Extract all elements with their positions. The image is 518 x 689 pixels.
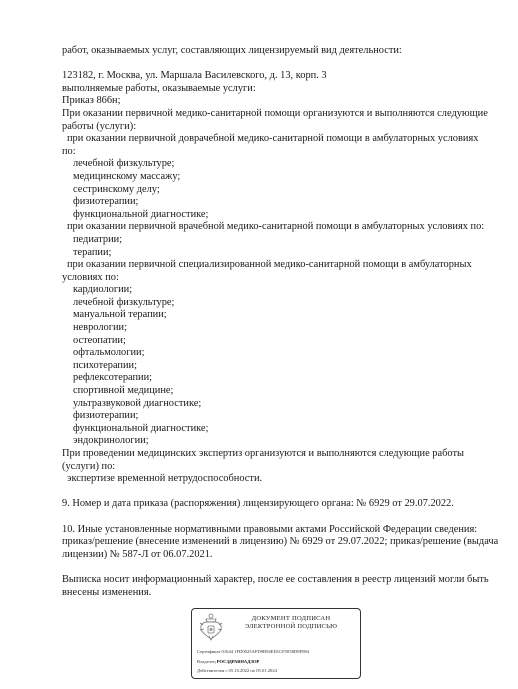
document-line: спортивной медицине; [62,385,502,398]
blank-line [62,486,502,499]
document-line: эндокринологии; [62,435,502,448]
certificate-label: Сертификат [197,649,220,654]
document-line: терапии; [62,247,502,260]
blank-line [62,561,502,574]
document-line: Выписка носит информационный характер, п… [62,574,502,587]
document-page: работ, оказываемых услуг, составляющих л… [0,0,518,689]
document-line: выполняемые работы, оказываемые услуги: [62,83,502,96]
document-line: по: [62,146,502,159]
stamp-owner: Владелец РОСЗДРАВНАДЗОР [197,657,309,667]
document-line: работ, оказываемых услуг, составляющих л… [62,45,502,58]
document-line: рефлексотерапии; [62,372,502,385]
stamp-certificate: Сертификат 01644 1FD0025AFD9B94ED1CF5058… [197,647,309,657]
document-line: ультразвуковой диагностике; [62,398,502,411]
document-line: (услуги) по: [62,461,502,474]
document-line: при оказании первичной врачебной медико-… [62,221,502,234]
document-line: при оказании первичной специализированно… [62,259,502,272]
coat-of-arms-icon [198,613,224,641]
document-line: 9. Номер и дата приказа (распоряжения) л… [62,498,502,511]
document-line: кардиологии; [62,284,502,297]
document-line: сестринскому делу; [62,184,502,197]
document-line: условиях по: [62,272,502,285]
stamp-title-line2: ЭЛЕКТРОННОЙ ПОДПИСЬЮ [226,623,356,631]
stamp-validity: Действителен с 05.10.2022 по 05.01.2024 [197,666,309,676]
document-line: медицинскому массажу; [62,171,502,184]
certificate-value: 01644 1FD0025AFD9B94ED1CF5058D8F084 [222,649,309,654]
document-line: приказ/решение (внесение изменений в лиц… [62,536,502,549]
document-line: неврологии; [62,322,502,335]
document-line: остеопатии; [62,335,502,348]
document-line: работы (услуги): [62,121,502,134]
blank-line [62,511,502,524]
stamp-meta: Сертификат 01644 1FD0025AFD9B94ED1CF5058… [197,647,309,676]
document-line: внесены изменения. [62,587,502,600]
document-line: психотерапии; [62,360,502,373]
owner-label: Владелец [197,659,216,664]
document-body: работ, оказываемых услуг, составляющих л… [62,45,502,599]
owner-value: РОСЗДРАВНАДЗОР [217,659,260,664]
blank-line [62,58,502,71]
document-line: лицензии) № 587-Л от 06.07.2021. [62,549,502,562]
document-line: При оказании первичной медико-санитарной… [62,108,502,121]
electronic-signature-stamp: ДОКУМЕНТ ПОДПИСАН ЭЛЕКТРОННОЙ ПОДПИСЬЮ С… [191,608,361,679]
document-line: мануальной терапии; [62,309,502,322]
document-line: Приказ 866н; [62,95,502,108]
document-line: педиатрии; [62,234,502,247]
stamp-title: ДОКУМЕНТ ПОДПИСАН ЭЛЕКТРОННОЙ ПОДПИСЬЮ [226,615,356,631]
document-line: При проведении медицинских экспертиз орг… [62,448,502,461]
document-line: 123182, г. Москва, ул. Маршала Василевск… [62,70,502,83]
document-line: функциональной диагностике; [62,209,502,222]
document-line: лечебной физкультуре; [62,297,502,310]
document-line: 10. Иные установленные нормативными прав… [62,524,502,537]
document-line: физиотерапии; [62,410,502,423]
document-line: экспертизе временной нетрудоспособности. [62,473,502,486]
document-line: лечебной физкультуре; [62,158,502,171]
document-line: функциональной диагностике; [62,423,502,436]
document-line: при оказании первичной доврачебной медик… [62,133,502,146]
document-line: физиотерапии; [62,196,502,209]
stamp-title-line1: ДОКУМЕНТ ПОДПИСАН [226,615,356,623]
document-line: офтальмологии; [62,347,502,360]
